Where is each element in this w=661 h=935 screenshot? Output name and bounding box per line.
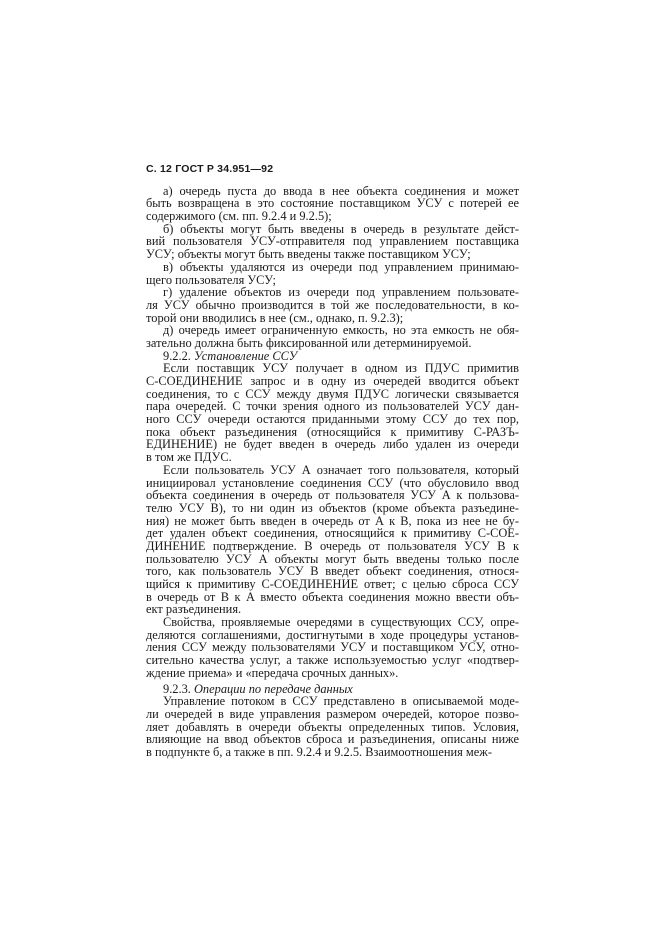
paragraph: д) очередь имеет ограниченную емкость, н… bbox=[146, 324, 519, 349]
text-line: ли очередей в виде управления размером о… bbox=[146, 708, 519, 721]
text-line: Управление потоком в ССУ представлено в … bbox=[146, 695, 519, 708]
text-line: объекта соединения в очередь от пользова… bbox=[146, 489, 519, 502]
paragraph: б) объекты могут быть введены в очередь … bbox=[146, 223, 519, 261]
paragraph: в) объекты удаляются из очереди под упра… bbox=[146, 261, 519, 286]
text-line: сительно качества услуг, а также использ… bbox=[146, 654, 519, 667]
text-line: ля УСУ обычно производится в той же посл… bbox=[146, 299, 519, 312]
paragraph: Свойства, проявляемые очередями в сущест… bbox=[146, 616, 519, 679]
text-line: г) удаление объектов из очереди под упра… bbox=[146, 286, 519, 299]
text-line: в том же ПДУС. bbox=[146, 451, 519, 464]
text-line: ждение приема» и «передача срочных данны… bbox=[146, 667, 519, 680]
text-line: щийся к примитиву С-СОЕДИНЕНИЕ ответ; с … bbox=[146, 578, 519, 591]
paragraph: Если пользователь УСУ А означает того по… bbox=[146, 464, 519, 616]
text-line: Свойства, проявляемые очередями в сущест… bbox=[146, 616, 519, 629]
text-line: С-СОЕДИНЕНИЕ запрос и в одну из очередей… bbox=[146, 375, 519, 388]
text-line: в) объекты удаляются из очереди под упра… bbox=[146, 261, 519, 274]
text-line: в подпункте б, а также в пп. 9.2.4 и 9.2… bbox=[146, 746, 519, 759]
text-line: УСУ; объекты могут быть введены также по… bbox=[146, 248, 519, 261]
text-line: телю УСУ В), то ни один из объектов (кро… bbox=[146, 502, 519, 515]
text-line: ного ССУ очереди остаются приданными это… bbox=[146, 413, 519, 426]
text-line: Если пользователь УСУ А означает того по… bbox=[146, 464, 519, 477]
paragraph: г) удаление объектов из очереди под упра… bbox=[146, 286, 519, 324]
text-line: ДИНЕНИЕ подтверждение. В очередь от поль… bbox=[146, 540, 519, 553]
text-line: содержимого (см. пп. 9.2.4 и 9.2.5); bbox=[146, 210, 519, 223]
paragraph: а) очередь пуста до ввода в нее объекта … bbox=[146, 185, 519, 223]
paragraph: Если поставщик УСУ получает в одном из П… bbox=[146, 362, 519, 464]
document-page: С. 12 ГОСТ Р 34.951—92 а) очередь пуста … bbox=[146, 163, 519, 759]
document-body: а) очередь пуста до ввода в нее объекта … bbox=[146, 185, 519, 759]
page-header: С. 12 ГОСТ Р 34.951—92 bbox=[146, 163, 519, 176]
paragraph: Управление потоком в ССУ представлено в … bbox=[146, 695, 519, 758]
